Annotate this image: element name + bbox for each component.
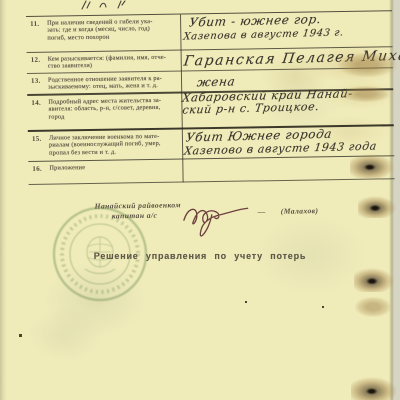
casualty-form-table: 11. При наличии сведений о гибели ука- з… [26,10,395,185]
row-label: Родственное отношение заявителя к ра- зы… [48,75,176,92]
scanned-document-page: 11. При наличии сведений о гибели ука- з… [0,0,400,400]
handwritten-entry-row13: жена [196,74,236,89]
paper-speck-1 [19,334,22,337]
row-number: 11. [30,20,39,28]
stain-dark-4 [351,377,397,400]
row-label: Приложение [49,163,177,172]
paper-speck-2 [245,301,247,303]
row-label: Подробный адрес места жительства за- яви… [48,97,176,121]
row-number: 15. [32,135,42,143]
signature-dash: — [258,207,266,216]
commissar-title-line2: капитан а/с [112,211,158,221]
commissar-title-line1: Нанайский райвоенком [95,200,181,210]
signature-ink-mark [178,197,261,246]
commissar-surname: (Малахов) [281,206,319,216]
decision-heading: Решение управления по учету потерь [0,251,400,261]
paper-speck-3 [322,306,324,308]
row-number: 12. [31,56,41,64]
stain-tan-1 [355,297,391,317]
form-row-16: 16. Приложение [28,156,394,185]
cut-off-handwriting-fragment [76,0,136,11]
row-number: 13. [31,77,41,85]
row-label: При наличии сведений о гибели ука- зать:… [47,18,175,42]
stain-dark-3 [354,268,394,292]
row-label: Личное заключение военкома по мате- риал… [49,133,177,157]
row-number: 16. [32,165,42,173]
row-label: Кем разыскивается: (фамилия, имя, отче- … [48,54,176,71]
row-number: 14. [31,99,41,107]
